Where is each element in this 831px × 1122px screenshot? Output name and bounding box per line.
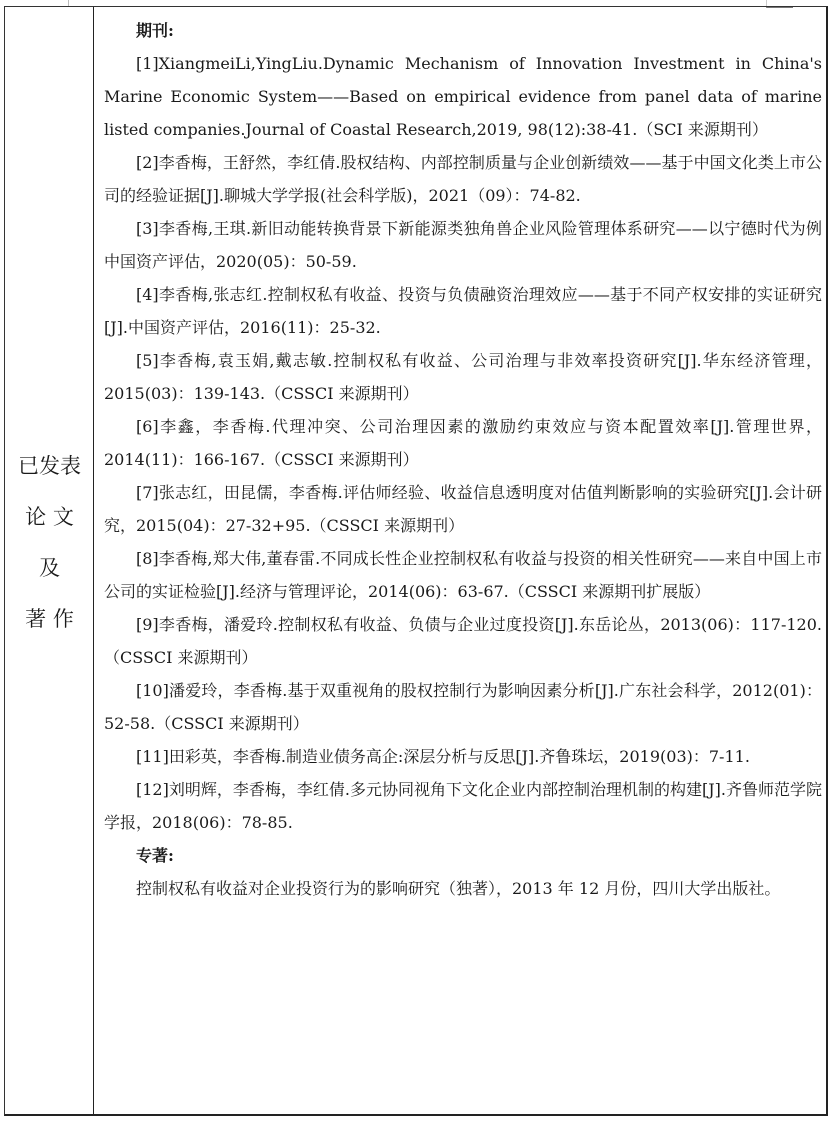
journal-citation: [9]李香梅，潘爱玲.控制权私有收益、负债与企业过度投资[J].东岳论丛，201… xyxy=(104,608,822,674)
monograph-citation: 控制权私有收益对企业投资行为的影响研究（独著），2013 年 12 月份，四川大… xyxy=(104,872,822,905)
section-label-line: 及 xyxy=(5,543,94,594)
journal-citation: [7]张志红，田昆儒，李香梅.评估师经验、收益信息透明度对估值判断影响的实验研究… xyxy=(104,476,822,542)
journal-citation: [12]刘明辉，李香梅，李红倩.多元协同视角下文化企业内部控制治理机制的构建[J… xyxy=(104,773,822,839)
section-label: 已发表 论 文 及 著 作 xyxy=(5,441,94,645)
monographs-heading: 专著: xyxy=(104,839,822,872)
journal-citation: [6]李鑫，李香梅.代理冲突、公司治理因素的激励约束效应与资本配置效率[J].管… xyxy=(104,410,822,476)
section-label-line: 论 文 xyxy=(5,492,94,543)
journal-citation: [8]李香梅,郑大伟,董春雷.不同成长性企业控制权私有收益与投资的相关性研究——… xyxy=(104,542,822,608)
journal-citation: [3]李香梅,王琪.新旧动能转换背景下新能源类独角兽企业风险管理体系研究——以宁… xyxy=(104,212,822,278)
section-label-line: 著 作 xyxy=(5,594,94,645)
journal-citation: [1]XiangmeiLi,YingLiu.Dynamic Mechanism … xyxy=(104,47,822,146)
journal-citation: [10]潘爱玲，李香梅.基于双重视角的股权控制行为影响因素分析[J].广东社会科… xyxy=(104,674,822,740)
section-label-line: 已发表 xyxy=(5,441,94,492)
journal-citation: [4]李香梅,张志红.控制权私有收益、投资与负债融资治理效应——基于不同产权安排… xyxy=(104,278,822,344)
journal-citation: [2]李香梅，王舒然，李红倩.股权结构、内部控制质量与企业创新绩效——基于中国文… xyxy=(104,146,822,212)
section-label-cell: 已发表 论 文 及 著 作 xyxy=(5,7,94,1114)
journal-citation: [5]李香梅,袁玉娟,戴志敏.控制权私有收益、公司治理与非效率投资研究[J].华… xyxy=(104,344,822,410)
journals-heading: 期刊: xyxy=(104,14,822,47)
publications-table: 已发表 论 文 及 著 作 期刊: [1]XiangmeiLi,YingLiu.… xyxy=(4,6,828,1116)
publications-content-cell: 期刊: [1]XiangmeiLi,YingLiu.Dynamic Mechan… xyxy=(104,14,822,905)
journal-citation: [11]田彩英，李香梅.制造业债务高企:深层分析与反思[J].齐鲁珠坛，2019… xyxy=(104,740,822,773)
